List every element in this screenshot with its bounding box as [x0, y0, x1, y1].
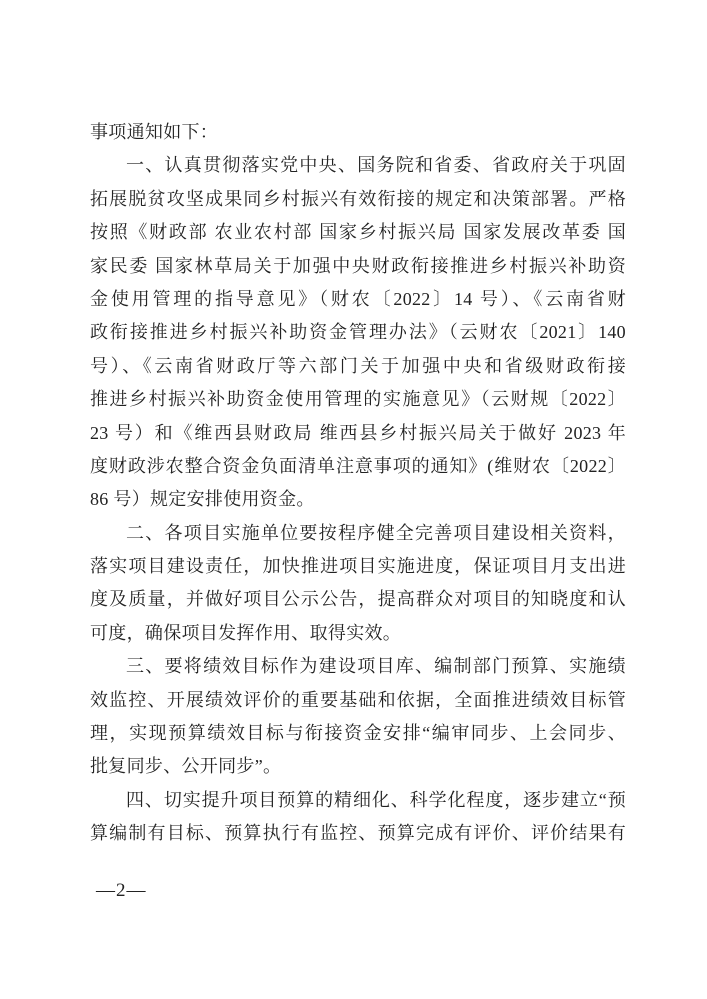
- text-line: 按照《财政部 农业农村部 国家乡村振兴局 国家发展改革委 国: [90, 216, 626, 249]
- text-line: 号）、《云南省财政厅等六部门关于加强中央和省级财政衔接: [90, 350, 626, 383]
- text-line: 理，实现预算绩效目标与衔接资金安排“编审同步、上会同步、: [90, 717, 626, 750]
- text-line: 家民委 国家林草局关于加强中央财政衔接推进乡村振兴补助资: [90, 250, 626, 283]
- text-line: 度及质量，并做好项目公示公告，提高群众对项目的知晓度和认: [90, 583, 626, 616]
- text-line: 86 号）规定安排使用资金。: [90, 483, 626, 516]
- text-line: 度财政涉农整合资金负面清单注意事项的通知》(维财农〔2022〕: [90, 450, 626, 483]
- text-line: 政衔接推进乡村振兴补助资金管理办法》（云财农〔2021〕140: [90, 316, 626, 349]
- text-line: 批复同步、公开同步”。: [90, 750, 626, 783]
- text-line: 二、各项目实施单位要按程序健全完善项目建设相关资料，: [90, 517, 626, 550]
- document-page: 事项通知如下：一、认真贯彻落实党中央、国务院和省委、省政府关于巩固拓展脱贫攻坚成…: [0, 0, 707, 999]
- text-line: 三、要将绩效目标作为建设项目库、编制部门预算、实施绩: [90, 650, 626, 683]
- text-line: 事项通知如下：: [90, 116, 626, 149]
- text-line: 可度，确保项目发挥作用、取得实效。: [90, 617, 626, 650]
- page-number: —2—: [96, 878, 147, 904]
- text-line: 23 号）和《维西县财政局 维西县乡村振兴局关于做好 2023 年: [90, 417, 626, 450]
- text-line: 算编制有目标、预算执行有监控、预算完成有评价、评价结果有: [90, 817, 626, 850]
- text-line: 拓展脱贫攻坚成果同乡村振兴有效衔接的规定和决策部署。严格: [90, 183, 626, 216]
- document-body: 事项通知如下：一、认真贯彻落实党中央、国务院和省委、省政府关于巩固拓展脱贫攻坚成…: [90, 116, 626, 851]
- text-line: 推进乡村振兴补助资金使用管理的实施意见》（云财规〔2022〕: [90, 383, 626, 416]
- text-line: 效监控、开展绩效评价的重要基础和依据，全面推进绩效目标管: [90, 684, 626, 717]
- text-line: 金使用管理的指导意见》（财农〔2022〕14 号）、《云南省财: [90, 283, 626, 316]
- text-line: 落实项目建设责任，加快推进项目实施进度，保证项目月支出进: [90, 550, 626, 583]
- text-line: 一、认真贯彻落实党中央、国务院和省委、省政府关于巩固: [90, 149, 626, 182]
- text-line: 四、切实提升项目预算的精细化、科学化程度，逐步建立“预: [90, 784, 626, 817]
